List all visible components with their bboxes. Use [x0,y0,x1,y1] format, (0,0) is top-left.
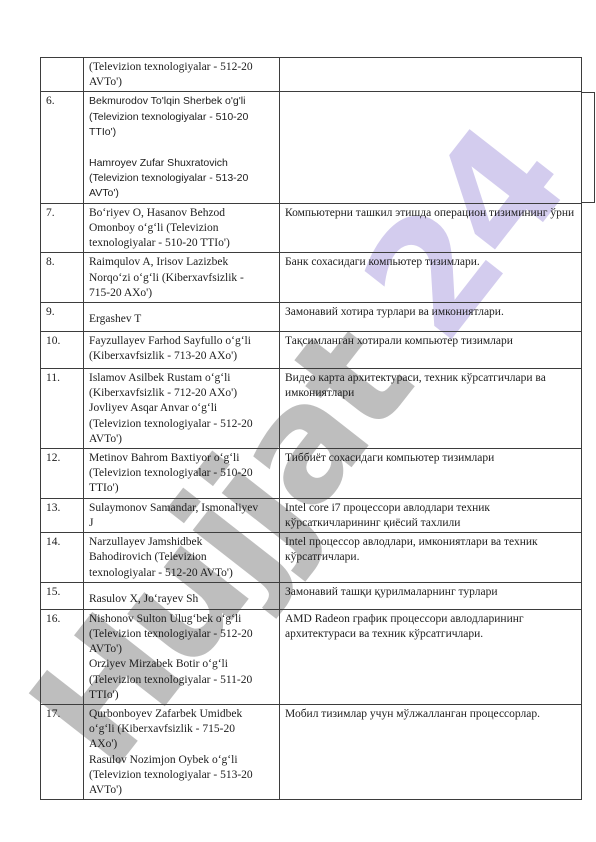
row-number-cell: 7. [41,203,84,253]
table-container: (Televizion texnologiyalar - 512-20AVTo'… [40,57,582,800]
schedule-table: (Televizion texnologiyalar - 512-20AVTo'… [40,57,582,800]
row-number-cell: 8. [41,253,84,303]
students-cell: Rasulov X, Jo‘rayev Sh [84,582,280,609]
row-number-cell: 13. [41,498,84,532]
student-line [89,141,275,156]
table-row: 6.Bekmurodov To'lqin Sherbek o'g'li(Tele… [41,92,582,203]
table-row: 12.Metinov Bahrom Baxtiyor o‘g‘li(Televi… [41,449,582,499]
topic-cell [280,92,582,203]
student-line: texnologiyalar - 512-20 AVTo') [89,566,275,581]
table-row: 10.Fayzullayev Farhod Sayfullo o‘g‘li(Ki… [41,332,582,369]
student-line: Raimqulov A, Irisov Lazizbek [89,255,275,270]
row-number-cell: 11. [41,369,84,449]
student-line: Omonboy o‘g‘li (Televizion [89,221,275,236]
student-line: Rasulov Nozimjon Oybek o‘g‘li [89,753,275,768]
table-row: (Televizion texnologiyalar - 512-20AVTo'… [41,58,582,92]
row-number-cell: 6. [41,92,84,203]
table-row: 14.Narzullayev JamshidbekBahodirovich (T… [41,533,582,583]
topic-cell: Замонавий ташқи қурилмаларнинг турлари [280,582,582,609]
topic-cell: AMD Radeon график процессори авлодларини… [280,609,582,704]
row-number-cell: 14. [41,533,84,583]
student-line: (Televizion texnologiyalar - 513-20 [89,171,275,186]
student-line: AVTo') [89,186,275,201]
student-line: TTIo') [89,125,275,140]
row-number-cell: 15. [41,582,84,609]
student-line: (Televizion texnologiyalar - 511-20 [89,673,275,688]
student-line: AVTo') [89,432,275,447]
student-line: (Televizion texnologiyalar - 512-20 [89,627,275,642]
student-line: (Televizion texnologiyalar - 510-20 [89,110,275,125]
topic-cell: Банк сохасидаги компьютер тизимлари. [280,253,582,303]
student-line: Bo‘riyev O, Hasanov Behzod [89,206,275,221]
table-row: 15.Rasulov X, Jo‘rayev ShЗамонавий ташқи… [41,582,582,609]
student-line: Ergashev T [89,312,275,327]
table-row: 16.Nishonov Sulton Ulug‘bek o‘g‘li(Telev… [41,609,582,704]
student-line: texnologiyalar - 510-20 TTIo') [89,236,275,251]
students-cell: Ergashev T [84,303,280,332]
table-row: 13.Sulaymonov Samandar, IsmonaliyevJInte… [41,498,582,532]
students-cell: Metinov Bahrom Baxtiyor o‘g‘li(Televizio… [84,449,280,499]
student-line: Bahodirovich (Televizion [89,550,275,565]
student-line: Norqo‘zi o‘g‘li (Kiberxavfsizlik - [89,271,275,286]
students-cell: (Televizion texnologiyalar - 512-20AVTo'… [84,58,280,92]
row-number-cell: 16. [41,609,84,704]
topic-cell: Intel процессор авлодлари, имкониятлари … [280,533,582,583]
topic-cell [280,58,582,92]
table-overflow-extension [581,92,595,203]
students-cell: Bo‘riyev O, Hasanov BehzodOmonboy o‘g‘li… [84,203,280,253]
students-cell: Fayzullayev Farhod Sayfullo o‘g‘li(Kiber… [84,332,280,369]
student-line: AVTo') [89,783,275,798]
table-row: 17.Qurbonboyev Zafarbek Umidbeko‘g‘li (K… [41,704,582,799]
student-line: Nishonov Sulton Ulug‘bek o‘g‘li [89,612,275,627]
table-row: 9.Ergashev TЗамонавий хотира турлари ва … [41,303,582,332]
students-cell: Narzullayev JamshidbekBahodirovich (Tele… [84,533,280,583]
student-line: (Kiberxavfsizlik - 713-20 AXo') [89,349,275,364]
topic-cell: Замонавий хотира турлари ва имкониятлари… [280,303,582,332]
students-cell: Islamov Asilbek Rustam o‘g‘li(Kiberxavfs… [84,369,280,449]
schedule-table-body: (Televizion texnologiyalar - 512-20AVTo'… [41,58,582,800]
students-cell: Bekmurodov To'lqin Sherbek o'g'li(Televi… [84,92,280,203]
student-line: AVTo') [89,642,275,657]
table-row: 11.Islamov Asilbek Rustam o‘g‘li(Kiberxa… [41,369,582,449]
student-line: Orziyev Mirzabek Botir o‘g‘li [89,657,275,672]
topic-cell: Intel core i7 процессори авлодлари техни… [280,498,582,532]
topic-cell: Тиббиёт сохасидаги компьютер тизимлари [280,449,582,499]
topic-cell: Компьютерни ташкил этишда операцион тизи… [280,203,582,253]
table-row: 7.Bo‘riyev O, Hasanov BehzodOmonboy o‘g‘… [41,203,582,253]
row-number-cell [41,58,84,92]
row-number-cell: 17. [41,704,84,799]
topic-cell: Мобил тизимлар учун мўлжалланган процесс… [280,704,582,799]
student-line: AVTo') [89,75,275,90]
students-cell: Sulaymonov Samandar, IsmonaliyevJ [84,498,280,532]
student-line: AXo') [89,737,275,752]
table-row: 8.Raimqulov A, Irisov LazizbekNorqo‘zi o… [41,253,582,303]
row-number-cell: 10. [41,332,84,369]
student-line: Islamov Asilbek Rustam o‘g‘li [89,371,275,386]
student-line: Metinov Bahrom Baxtiyor o‘g‘li [89,451,275,466]
students-cell: Qurbonboyev Zafarbek Umidbeko‘g‘li (Kibe… [84,704,280,799]
row-number-cell: 12. [41,449,84,499]
student-line: TTIo') [89,481,275,496]
student-line: Hamroyev Zufar Shuxratovich [89,156,275,171]
student-line: (Televizion texnologiyalar - 510-20 [89,466,275,481]
student-line: Rasulov X, Jo‘rayev Sh [89,592,275,607]
student-line: Jovliyev Asqar Anvar o‘g‘li [89,401,275,416]
student-line: Qurbonboyev Zafarbek Umidbek [89,707,275,722]
student-line: TTIo') [89,688,275,703]
topic-cell: Тақсимланган хотирали компьютер тизимлар… [280,332,582,369]
student-line: Bekmurodov To'lqin Sherbek o'g'li [89,94,275,109]
students-cell: Raimqulov A, Irisov LazizbekNorqo‘zi o‘g… [84,253,280,303]
student-line: o‘g‘li (Kiberxavfsizlik - 715-20 [89,722,275,737]
student-line: (Televizion texnologiyalar - 513-20 [89,768,275,783]
student-line: Narzullayev Jamshidbek [89,535,275,550]
document-page: Hujjat 24 (Televizion texnologiyalar - 5… [0,0,596,842]
students-cell: Nishonov Sulton Ulug‘bek o‘g‘li(Televizi… [84,609,280,704]
student-line: 715-20 AXo') [89,286,275,301]
student-line: Sulaymonov Samandar, Ismonaliyev [89,501,275,516]
student-line: (Televizion texnologiyalar - 512-20 [89,417,275,432]
student-line: (Kiberxavfsizlik - 712-20 AXo') [89,386,275,401]
student-line: J [89,516,275,531]
student-line: Fayzullayev Farhod Sayfullo o‘g‘li [89,334,275,349]
row-number-cell: 9. [41,303,84,332]
student-line: (Televizion texnologiyalar - 512-20 [89,60,275,75]
topic-cell: Видео карта архитектураси, техник кўрсат… [280,369,582,449]
